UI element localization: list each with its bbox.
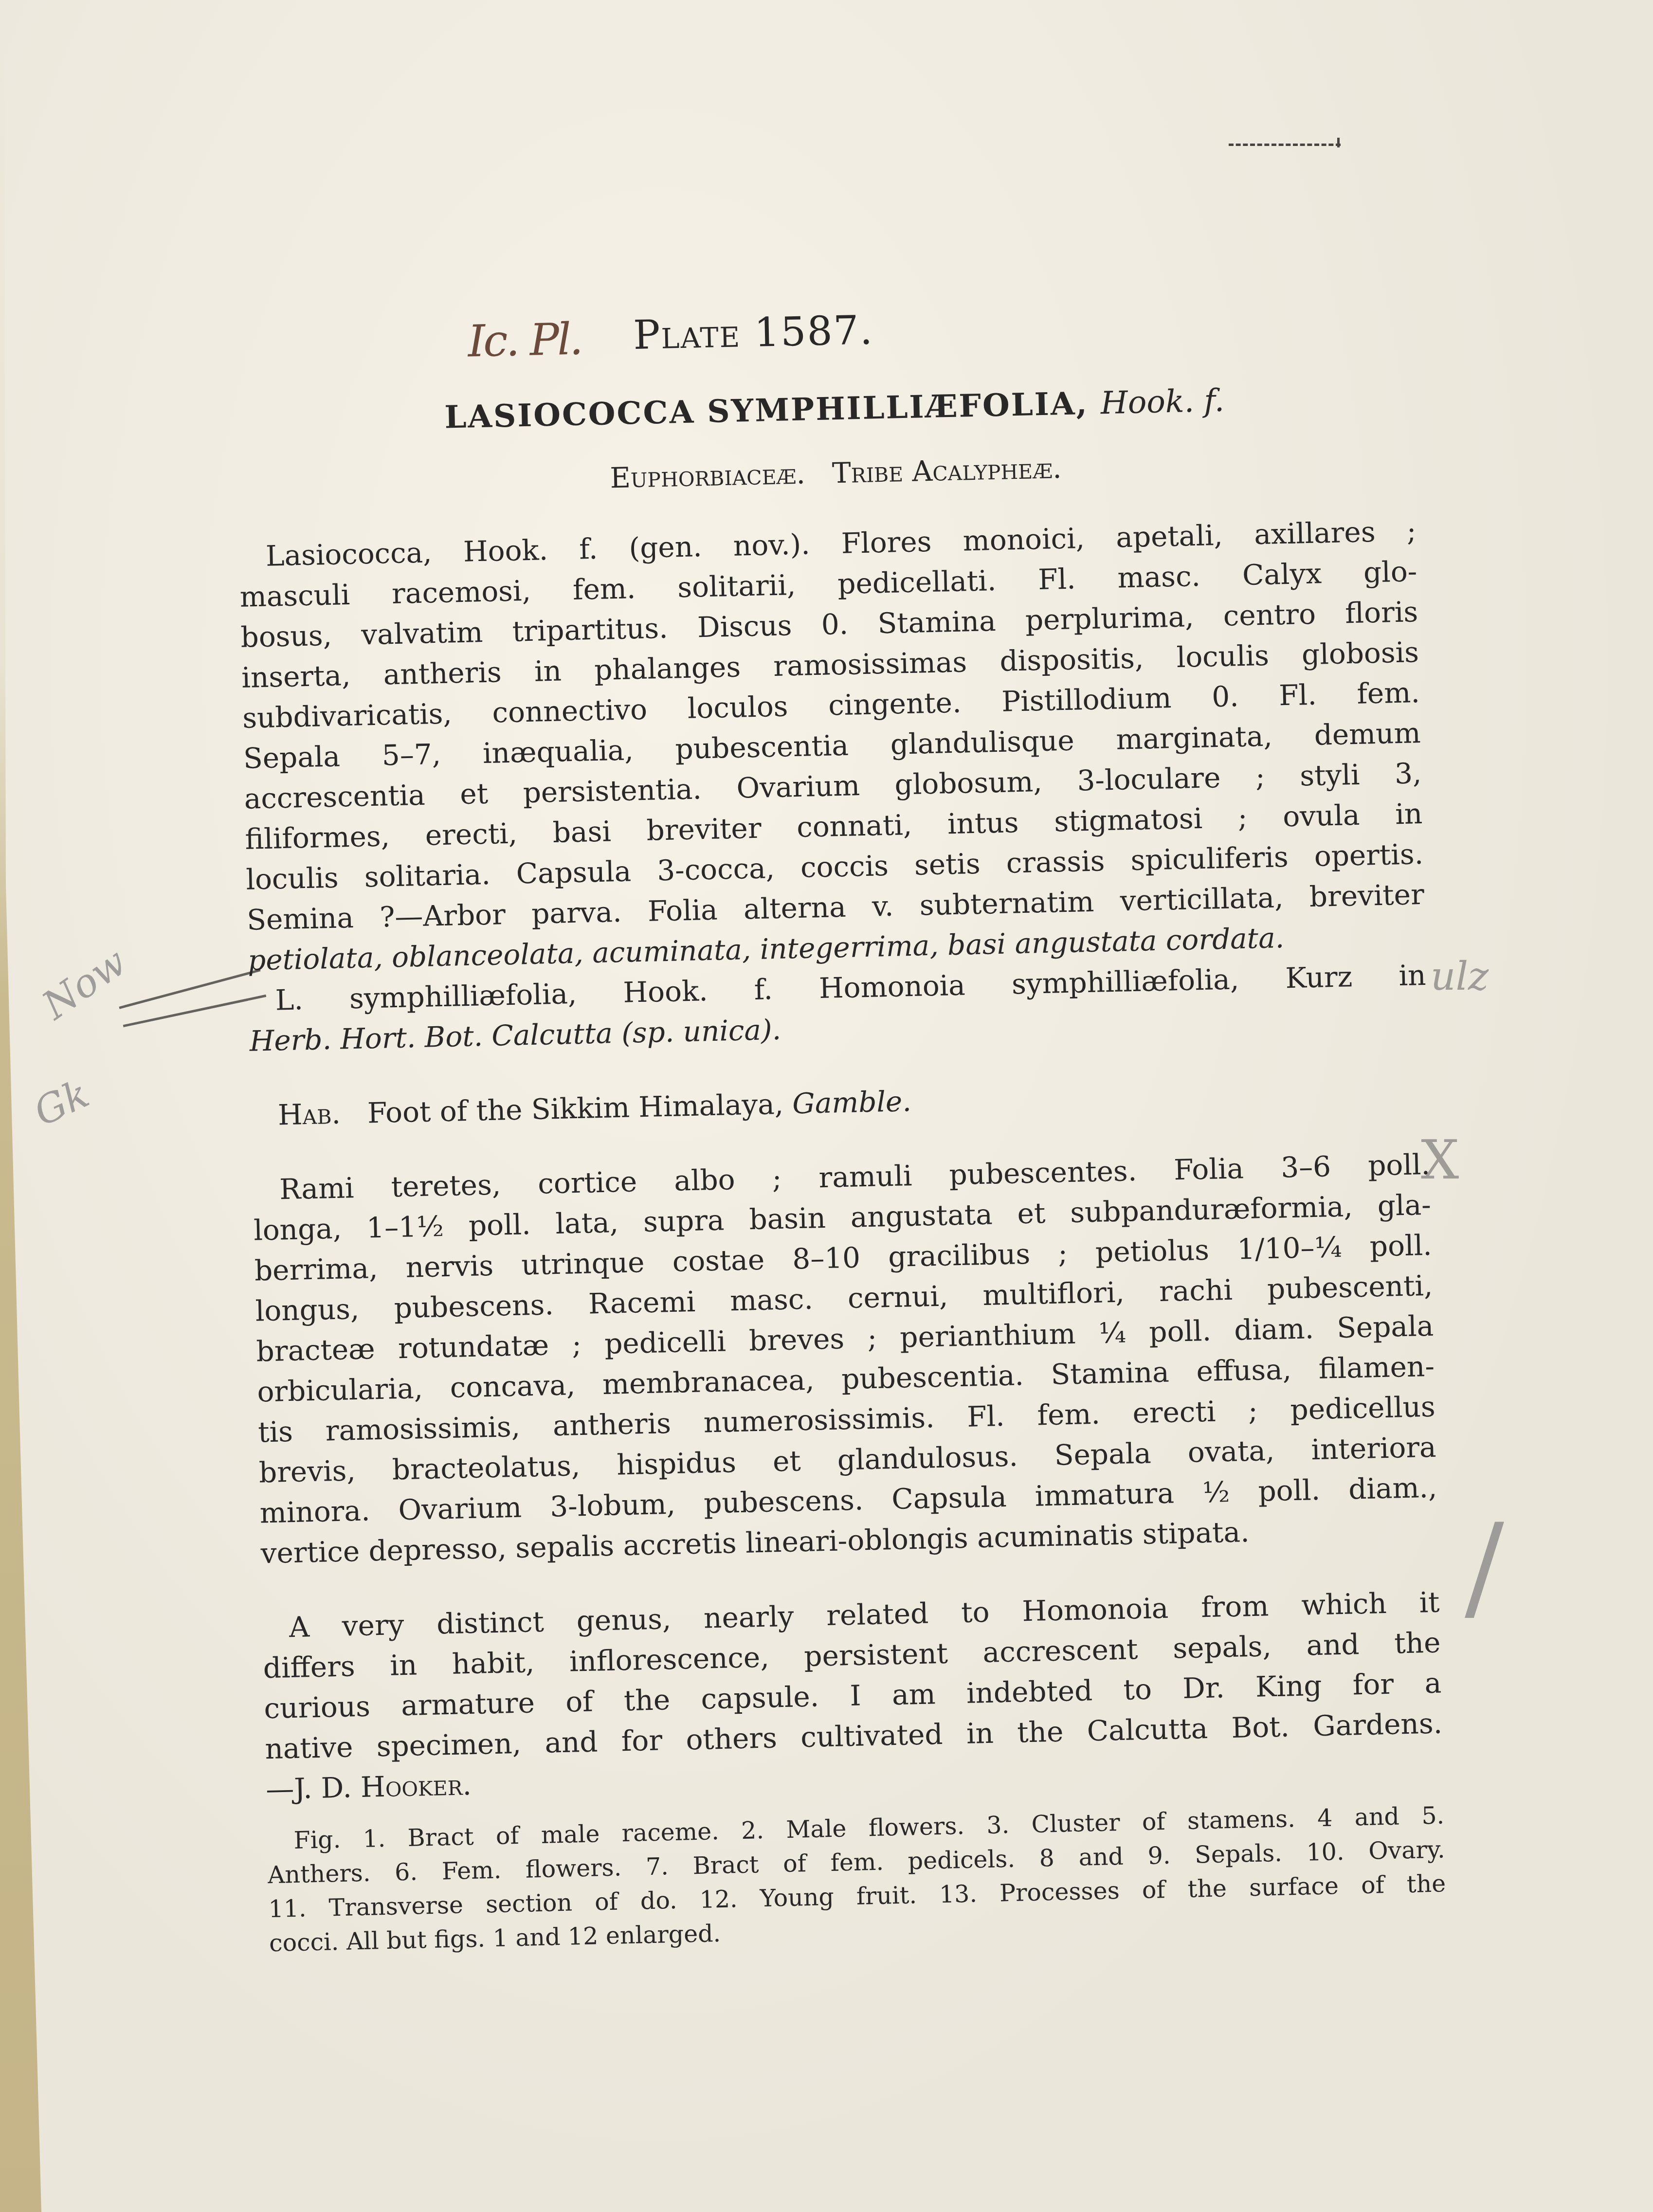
family-tribe-line: Euphorbiaceæ. Tribe Acalypheæ. xyxy=(237,444,1415,503)
family-name: Euphorbiaceæ. xyxy=(610,457,806,494)
habitat-text: Foot of the Sikkim Himalaya, xyxy=(367,1088,783,1130)
plate-text-page: Ic. Pl. Plate 1587. LASIOCOCCA SYMPHILLI… xyxy=(234,286,1447,1960)
figure-legend: Fig. 1. Bract of male raceme. 2. Male fl… xyxy=(267,1798,1447,1960)
pencil-annotation-right-1: ulz xyxy=(1431,954,1489,999)
species-description: Rami teretes, cortice albo ; ramuli pube… xyxy=(253,1144,1439,1574)
species-author: Hook. f. xyxy=(1100,383,1225,422)
ink-dash-mark xyxy=(1229,144,1341,146)
species-title: LASIOCOCCA SYMPHILLIÆFOLIA, Hook. f. xyxy=(236,378,1414,440)
ink-tick-mark xyxy=(1332,138,1340,147)
habitat-label: Hab. xyxy=(277,1097,341,1132)
plate-number: Plate 1587. xyxy=(633,307,873,359)
tribe-name: Tribe Acalypheæ. xyxy=(832,452,1062,490)
genus-description: Lasiococca, Hook. f. (gen. nov.). Flores… xyxy=(238,511,1427,1062)
species-name: LASIOCOCCA SYMPHILLIÆFOLIA, xyxy=(444,385,1089,436)
habitat-collector: Gamble. xyxy=(792,1085,912,1120)
remarks: A very distinct genus, nearly related to… xyxy=(262,1582,1443,1810)
habitat: Hab. Foot of the Sikkim Himalaya, Gamble… xyxy=(251,1070,1429,1136)
habitat-line: Hab. Foot of the Sikkim Himalaya, Gamble… xyxy=(251,1070,1429,1136)
pencil-annotation-right-3: / xyxy=(1465,1499,1504,1635)
handwritten-reference: Ic. Pl. xyxy=(467,313,581,367)
